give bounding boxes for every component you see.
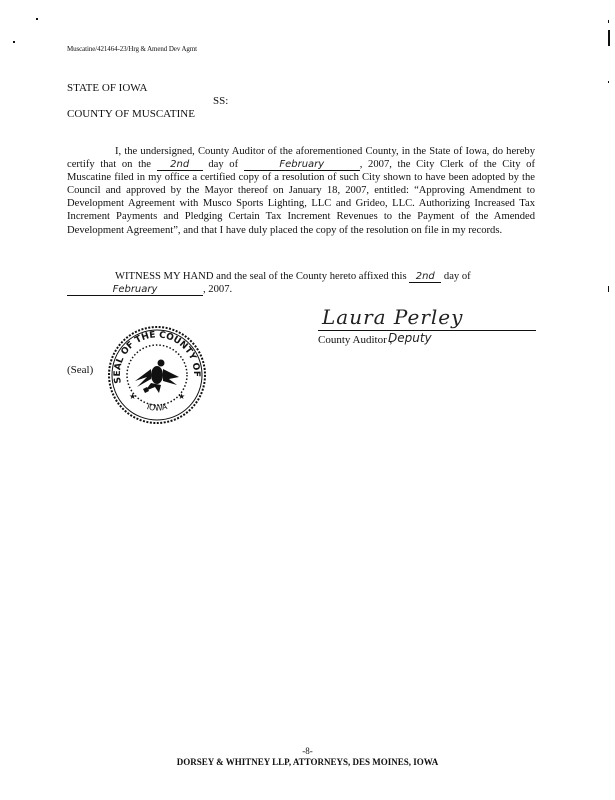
witness-day-of: day of	[444, 271, 471, 282]
handwritten-witness-month: February	[67, 285, 203, 296]
svg-text:★: ★	[178, 392, 185, 401]
handwritten-signature: Laura Perley	[322, 305, 463, 329]
handwritten-day: 2nd	[157, 160, 203, 171]
page-number: -8-	[0, 746, 615, 756]
caption-ss: SS:	[213, 95, 228, 107]
witness-paragraph: WITNESS MY HAND and the seal of the Coun…	[67, 270, 535, 296]
handwritten-deputy: Deputy	[388, 331, 432, 345]
county-seal-icon: SEAL OF THE COUNTY OF MUSCATINE IOWA ★ ★	[107, 325, 207, 425]
scan-speck	[608, 20, 609, 23]
certification-paragraph: I, the undersigned, County Auditor of th…	[67, 145, 535, 237]
scan-speck	[608, 30, 610, 46]
eagle-icon	[135, 360, 179, 394]
caption-state: STATE OF IOWA	[67, 82, 147, 94]
seal-bottom-text: IOWA	[146, 402, 169, 413]
svg-text:★: ★	[129, 392, 136, 401]
handwritten-month: February	[244, 160, 360, 171]
caption-county: COUNTY OF MUSCATINE	[67, 108, 195, 120]
scan-speck	[13, 41, 15, 43]
signature-title: County Auditor ,	[318, 334, 392, 346]
certification-day-of: day of	[208, 159, 238, 170]
seal-label: (Seal)	[67, 364, 93, 376]
svg-text:IOWA: IOWA	[146, 402, 169, 413]
witness-year: , 2007.	[203, 284, 232, 295]
scan-speck	[608, 81, 609, 83]
witness-text: WITNESS MY HAND and the seal of the Coun…	[115, 271, 407, 282]
handwritten-witness-day: 2nd	[409, 272, 441, 283]
scan-speck	[608, 286, 609, 292]
scan-speck	[36, 18, 38, 20]
footer-firm: DORSEY & WHITNEY LLP, ATTORNEYS, DES MOI…	[0, 757, 615, 767]
document-reference: Muscatine/421464-23/Hrg & Amend Dev Agmt	[67, 45, 197, 53]
